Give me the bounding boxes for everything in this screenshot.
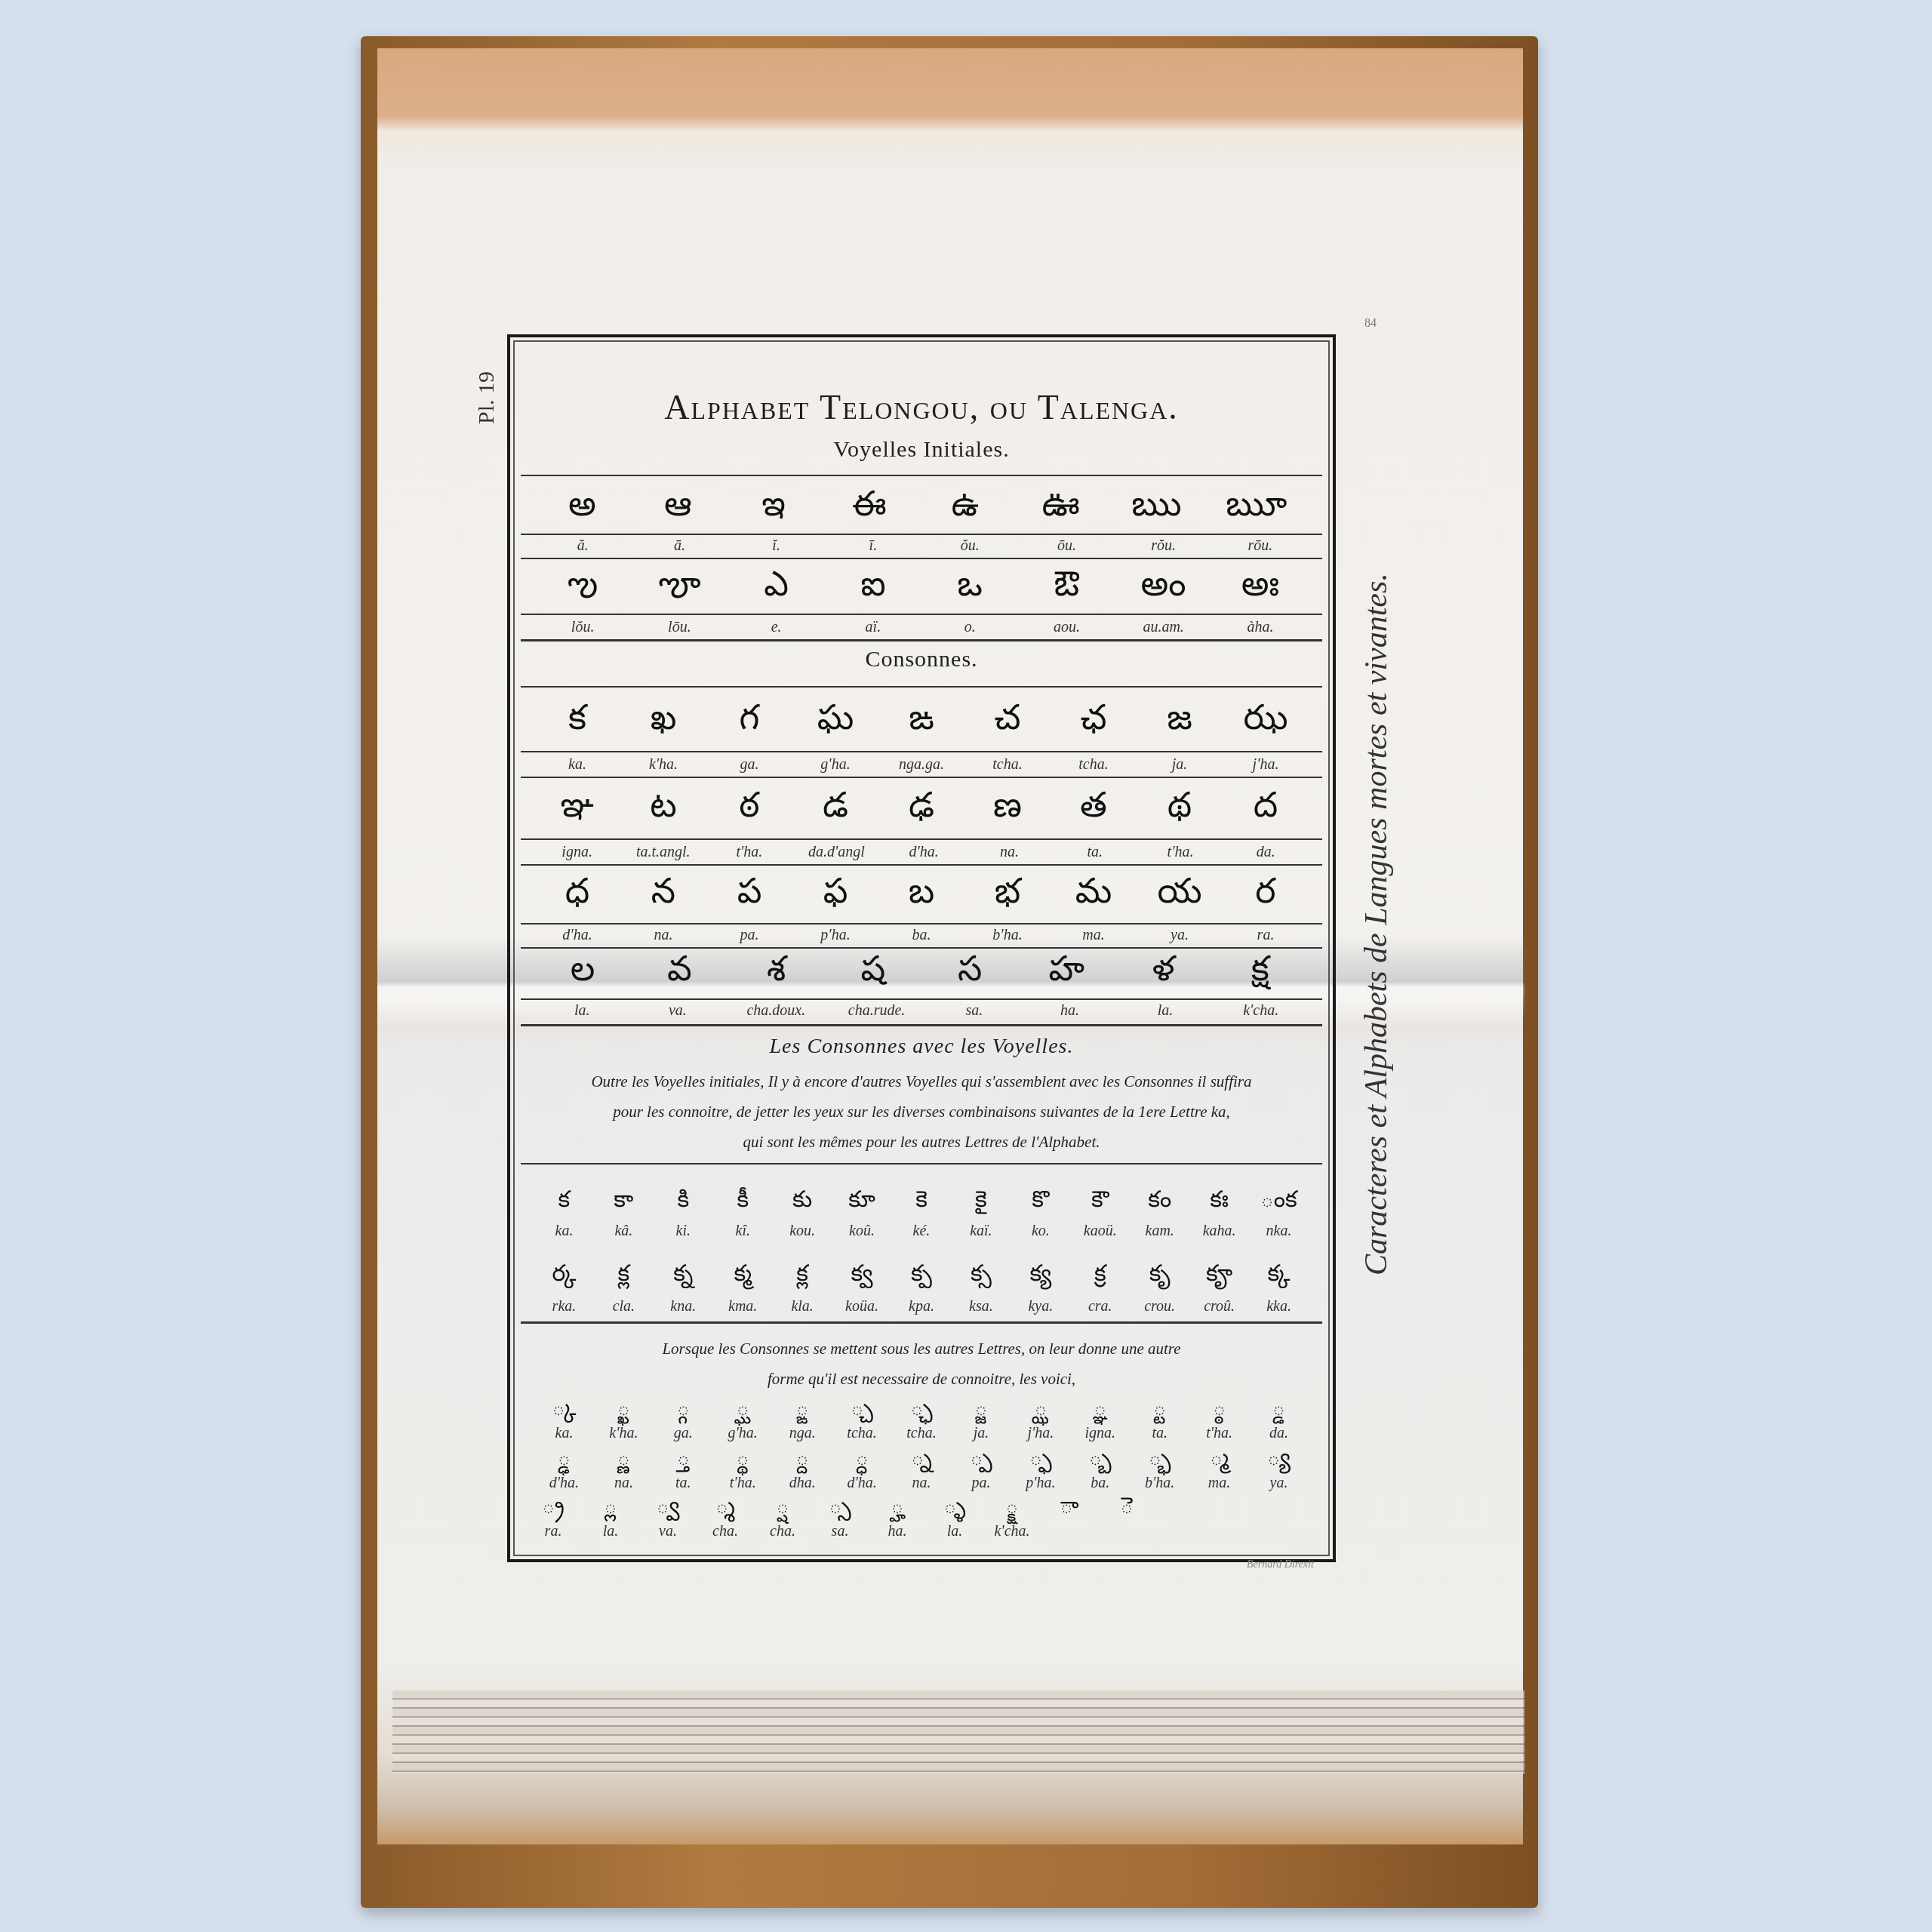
divider xyxy=(521,1163,1322,1164)
engraved-plate: Alphabet Telongou, ou Talenga. Voyelles … xyxy=(507,334,1336,1562)
letter-glyph: స xyxy=(943,948,996,998)
letter-glyph: ్జ xyxy=(962,1395,1000,1426)
letter-glyph: త xyxy=(1067,784,1120,834)
letter-glyph: ర్క xyxy=(545,1260,583,1292)
transliteration-label: va. xyxy=(649,1523,687,1540)
subjoined-paragraph: Lorsque les Consonnes se mettent sous le… xyxy=(536,1334,1307,1394)
letter-glyph: కె xyxy=(903,1186,940,1218)
letter-glyph: ౡ xyxy=(653,563,706,613)
letter-glyph: ్స xyxy=(821,1493,859,1524)
transliteration-label: kka. xyxy=(1260,1298,1298,1315)
letter-glyph: ఔ xyxy=(1040,563,1093,613)
transliteration-label: k'ha. xyxy=(605,1425,642,1442)
transliteration-label: àha. xyxy=(1234,619,1287,636)
letter-glyph: ఫ xyxy=(809,870,862,920)
letter-glyph: ్ఛ xyxy=(903,1395,940,1426)
divider xyxy=(521,947,1322,949)
transliteration-label: ka. xyxy=(551,756,604,774)
divider xyxy=(521,751,1322,752)
letter-glyph: ల xyxy=(556,948,609,998)
letter-glyph: ఙ xyxy=(895,697,948,746)
letter-glyph: కౌ xyxy=(1081,1186,1119,1218)
transliteration-label: ĭ. xyxy=(750,537,803,555)
transliteration-label: ma. xyxy=(1067,927,1120,944)
transliteration-label: ă. xyxy=(556,537,609,555)
transliteration-label: ba. xyxy=(895,927,948,944)
transliteration-label: k'ha. xyxy=(637,756,690,774)
letter-glyph: అం xyxy=(1137,563,1190,613)
transliteration-label: nga. xyxy=(783,1425,821,1442)
combination-label-row-2: rka.cla.kna.kma.kla.koüa.kpa.ksa.kya.cra… xyxy=(534,1296,1309,1317)
letter-glyph: వ xyxy=(653,948,706,998)
letter-glyph: ్ఖ xyxy=(605,1395,642,1426)
transliteration-label: b'ha. xyxy=(981,927,1034,944)
transliteration-label: aï. xyxy=(847,619,900,636)
transliteration-label: t'ha. xyxy=(1154,844,1207,861)
letter-glyph: ఋ xyxy=(1130,483,1183,533)
transliteration-label: dha. xyxy=(783,1475,821,1492)
letter-glyph: ఉ xyxy=(939,483,992,533)
letter-glyph: భ xyxy=(981,870,1034,920)
transliteration-label: ta. xyxy=(1141,1425,1179,1442)
transliteration-label: la. xyxy=(592,1523,629,1540)
transliteration-label: na. xyxy=(903,1475,940,1492)
transliteration-label: kou. xyxy=(783,1223,821,1240)
letter-glyph: ఌ xyxy=(556,563,609,613)
transliteration-label: ba. xyxy=(1081,1475,1119,1492)
letter-glyph: బ xyxy=(895,870,948,920)
transliteration-label: p'ha. xyxy=(1022,1475,1060,1492)
letter-glyph: ్బ xyxy=(1081,1444,1119,1476)
letter-glyph: ్ళ xyxy=(936,1493,974,1524)
letter-glyph: క్య xyxy=(1022,1260,1060,1292)
transliteration-label: la. xyxy=(1139,1002,1192,1020)
transliteration-label: tcha. xyxy=(981,756,1034,774)
letter-glyph: ా xyxy=(1051,1493,1088,1524)
letter-glyph: క్క xyxy=(1260,1260,1298,1292)
divider xyxy=(521,864,1322,866)
transliteration-label: nga.ga. xyxy=(895,756,948,774)
combination-glyph-row-1: కకాకికీకుకూకెకైకొకౌకంకఃంక xyxy=(534,1184,1309,1220)
transliteration-label: rŏu. xyxy=(1137,537,1190,555)
transliteration-label: la. xyxy=(555,1002,608,1020)
consonant-label-row-4: la.va.cha.doux.cha.rude.sa.ha.la.k'cha. xyxy=(534,1000,1309,1021)
letter-glyph: ఖ xyxy=(637,697,690,746)
consonant-label-row-1: ka.k'ha.ga.g'ha.nga.ga.tcha.tcha.ja.j'ha… xyxy=(534,754,1309,775)
letter-glyph: ్ష xyxy=(764,1493,801,1524)
transliteration-label: ka. xyxy=(545,1223,583,1240)
subjoined-label-row-1: ka.k'ha.ga.g'ha.nga.tcha.tcha.ja.j'ha.ig… xyxy=(534,1423,1309,1444)
transliteration-label: au.am. xyxy=(1137,619,1190,636)
divider xyxy=(521,838,1322,840)
transliteration-label: ha. xyxy=(1043,1002,1096,1020)
combination-glyph-row-2: ర్కక్లక్నక్మక్లక్వక్పక్సక్యక్రకృకౄక్క xyxy=(534,1254,1309,1299)
letter-glyph: ్య xyxy=(1260,1444,1298,1476)
letter-glyph: ్ఞ xyxy=(1081,1395,1119,1426)
transliteration-label: croû. xyxy=(1201,1298,1238,1315)
letter-glyph: క్ప xyxy=(903,1260,940,1292)
vowels-heading: Voyelles Initiales. xyxy=(521,437,1322,463)
letter-glyph: ణ xyxy=(981,784,1034,834)
combination-label-row-1: ka.kâ.ki.kî.kou.koû.ké.kaï.ko.kaoü.kam.k… xyxy=(534,1220,1309,1241)
transliteration-label: kâ. xyxy=(605,1223,642,1240)
transliteration-label: va. xyxy=(651,1002,704,1020)
consonant-glyph-row-3: ధనపఫబభమయర xyxy=(534,869,1309,921)
divider xyxy=(521,1321,1322,1324)
transliteration-label: j'ha. xyxy=(1022,1425,1060,1442)
transliteration-label: ya. xyxy=(1260,1475,1298,1492)
transliteration-label: kna. xyxy=(664,1298,702,1315)
letter-glyph: న xyxy=(637,870,690,920)
letter-glyph: క్న xyxy=(664,1260,702,1292)
letter-glyph: ్ఫ xyxy=(1022,1444,1060,1476)
transliteration-label: na. xyxy=(605,1475,642,1492)
consonant-label-row-2: igna.ta.t.angl.t'ha.da.d'angld'ha.na.ta.… xyxy=(534,841,1309,863)
side-caption: Caracteres et Alphabets de Langues morte… xyxy=(1358,573,1395,1275)
letter-glyph: ్ఙ xyxy=(783,1395,821,1426)
transliteration-label: kma. xyxy=(724,1298,761,1315)
transliteration-label: pa. xyxy=(723,927,776,944)
engraver-signature: Bernard Direxit xyxy=(1247,1559,1314,1571)
transliteration-label: koüa. xyxy=(843,1298,881,1315)
letter-glyph: ద xyxy=(1239,784,1292,834)
letter-glyph: ్ర xyxy=(534,1493,572,1524)
transliteration-label: ma. xyxy=(1201,1475,1238,1492)
transliteration-label: g'ha. xyxy=(809,756,862,774)
letter-glyph: ్హ xyxy=(878,1493,916,1524)
letter-glyph: ర xyxy=(1239,870,1292,920)
transliteration-label: k'cha. xyxy=(1235,1002,1287,1020)
letter-glyph: ్గ xyxy=(664,1395,702,1426)
vowel-glyph-row-1: అఆఇఈఉఊఋౠ xyxy=(534,484,1309,532)
divider xyxy=(521,777,1322,778)
letter-glyph: క్ల xyxy=(605,1260,642,1292)
transliteration-label: d'ha. xyxy=(545,1475,583,1492)
transliteration-label: ra. xyxy=(1239,927,1292,944)
transliteration-label: kaï. xyxy=(962,1223,1000,1240)
transliteration-label: cha.rude. xyxy=(848,1002,906,1020)
letter-glyph: క్ర xyxy=(1081,1260,1119,1292)
transliteration-label: ta. xyxy=(1069,844,1121,861)
divider xyxy=(521,1024,1322,1026)
transliteration-label: sa. xyxy=(948,1002,1001,1020)
transliteration-label: ksa. xyxy=(962,1298,1000,1315)
transliteration-label: tcha. xyxy=(843,1425,881,1442)
letter-glyph: ్ల xyxy=(592,1493,629,1524)
plate-title: Alphabet Telongou, ou Talenga. xyxy=(521,387,1322,427)
letter-glyph: ఝ xyxy=(1239,697,1292,746)
transliteration-label: na. xyxy=(637,927,690,944)
letter-glyph: కూ xyxy=(843,1186,881,1218)
plate-number: Pl. 19 xyxy=(474,371,500,424)
transliteration-label: ī. xyxy=(847,537,900,555)
transliteration-label: cha.doux. xyxy=(746,1002,805,1020)
letter-glyph: ఈ xyxy=(843,483,896,533)
transliteration-label: ta. xyxy=(664,1475,702,1492)
letter-glyph: ్ప xyxy=(962,1444,1000,1476)
transliteration-label: ké. xyxy=(903,1223,940,1240)
letter-glyph: ్డ xyxy=(1260,1395,1298,1426)
letter-glyph: క్స xyxy=(962,1260,1000,1292)
transliteration-label: aou. xyxy=(1040,619,1093,636)
transliteration-label: igna. xyxy=(1081,1425,1119,1442)
letter-glyph: ్క్ష xyxy=(993,1493,1031,1524)
combinations-paragraph: Outre les Voyelles initiales, Il y à enc… xyxy=(536,1066,1307,1157)
letter-glyph: ్న xyxy=(903,1444,940,1476)
combinations-line-1: Outre les Voyelles initiales, Il y à enc… xyxy=(536,1066,1307,1097)
transliteration-label: ka. xyxy=(545,1425,583,1442)
divider xyxy=(521,614,1322,615)
transliteration-label: d'ha. xyxy=(897,844,950,861)
letter-glyph: ్వ xyxy=(649,1493,687,1524)
subjoined-label-row-2: d'ha.na.ta.t'ha.dha.d'ha.na.pa.p'ha.ba.b… xyxy=(534,1472,1309,1494)
letter-glyph: కై xyxy=(962,1186,1000,1218)
letter-glyph: కొ xyxy=(1022,1186,1060,1218)
letter-glyph: ఠ xyxy=(723,784,776,834)
transliteration-label: ōu. xyxy=(1040,537,1093,555)
transliteration-label: da.d'angl xyxy=(808,844,865,861)
divider xyxy=(521,475,1322,476)
transliteration-label: nka. xyxy=(1260,1223,1298,1240)
letter-glyph: కా xyxy=(605,1186,642,1218)
vowel-glyph-row-2: ఌౡఎఐఒఔఅంఅః xyxy=(534,564,1309,612)
subjoined-line-2: forme qu'il est necessaire de connoitre,… xyxy=(536,1364,1307,1394)
letter-glyph: కః xyxy=(1201,1186,1238,1218)
transliteration-label: da. xyxy=(1260,1425,1298,1442)
letter-glyph: ౠ xyxy=(1226,483,1287,533)
transliteration-label: crou. xyxy=(1141,1298,1179,1315)
subjoined-label-row-3: ra.la.va.cha.cha.sa.ha.la.k'cha. xyxy=(534,1521,1309,1542)
transliteration-label: rōu. xyxy=(1234,537,1287,555)
transliteration-label: d'ha. xyxy=(551,927,604,944)
subjoined-glyph-row-2: ్ఢ్ణ్త్థ్ద్ధ్న్ప్ఫ్బ్భ్మ్య xyxy=(534,1447,1309,1474)
transliteration-label: k'cha. xyxy=(993,1523,1031,1540)
letter-glyph: క్వ xyxy=(843,1260,881,1292)
letter-glyph: ్ఢ xyxy=(545,1444,583,1476)
transliteration-label: e. xyxy=(750,619,803,636)
letter-glyph: ళ xyxy=(1137,948,1190,998)
letter-glyph: శ xyxy=(750,948,803,998)
transliteration-label: kya. xyxy=(1022,1298,1060,1315)
letter-glyph: చ xyxy=(981,697,1034,746)
transliteration-label: kî. xyxy=(724,1223,761,1240)
letter-glyph: అ xyxy=(555,483,608,533)
letter-glyph: ్థ xyxy=(724,1444,761,1476)
consonant-glyph-row-1: కఖగఘఙచఛజఝ xyxy=(534,695,1309,748)
transliteration-label: lŏu. xyxy=(556,619,609,636)
letter-glyph: ్ట xyxy=(1141,1395,1179,1426)
transliteration-label: kaha. xyxy=(1201,1223,1238,1240)
transliteration-label: tcha. xyxy=(903,1425,940,1442)
transliteration-label: rka. xyxy=(545,1298,583,1315)
transliteration-label: na. xyxy=(983,844,1035,861)
letter-glyph: ్చ xyxy=(843,1395,881,1426)
letter-glyph: ధ xyxy=(551,870,604,920)
transliteration-label: cra. xyxy=(1081,1298,1119,1315)
transliteration-label: ta.t.angl. xyxy=(636,844,691,861)
divider xyxy=(521,639,1322,641)
letter-glyph: ్భ xyxy=(1141,1444,1179,1476)
letter-glyph: ఊ xyxy=(1035,483,1088,533)
letter-glyph: య xyxy=(1153,870,1206,920)
combinations-line-2: pour les connoitre, de jetter les yeux s… xyxy=(536,1097,1307,1127)
subjoined-glyph-row-1: ్క్ఖ్గ్ఘ్ఙ్చ్ఛ్జ్ఝ్ఞ్ట్ఠ్డ xyxy=(534,1397,1309,1424)
transliteration-label: b'ha. xyxy=(1141,1475,1179,1492)
transliteration-label: da. xyxy=(1239,844,1292,861)
transliteration-label: cha. xyxy=(764,1523,801,1540)
transliteration-label: ga. xyxy=(723,756,776,774)
letter-glyph: ంక xyxy=(1260,1186,1298,1218)
transliteration-label: j'ha. xyxy=(1239,756,1292,774)
transliteration-label: o. xyxy=(943,619,996,636)
letter-glyph: కి xyxy=(664,1186,702,1218)
letter-glyph: క్ల xyxy=(783,1260,821,1292)
transliteration-label: t'ha. xyxy=(1201,1425,1238,1442)
letter-glyph: ్ద xyxy=(783,1444,821,1476)
consonant-glyph-row-2: ఞటఠడఢణతథద xyxy=(534,783,1309,835)
letter-glyph: ్త xyxy=(664,1444,702,1476)
page-number: 84 xyxy=(1364,317,1377,331)
transliteration-label: ja. xyxy=(962,1425,1000,1442)
transliteration-label: la. xyxy=(936,1523,974,1540)
letter-glyph: కృ xyxy=(1141,1260,1179,1292)
letter-glyph: ఢ xyxy=(895,784,948,834)
transliteration-label: t'ha. xyxy=(723,844,776,861)
transliteration-label: ya. xyxy=(1153,927,1206,944)
transliteration-label: cha. xyxy=(706,1523,744,1540)
transliteration-label: koû. xyxy=(843,1223,881,1240)
transliteration-label: ra. xyxy=(534,1523,572,1540)
subjoined-glyph-row-3: ్ర్ల్వ్శ్ష్స్హ్ళ్క్షాె xyxy=(534,1495,1309,1522)
transliteration-label: kam. xyxy=(1141,1223,1179,1240)
letter-glyph: క్ష xyxy=(1234,948,1287,998)
letter-glyph: క్మ xyxy=(724,1260,761,1292)
letter-glyph: ఎ xyxy=(750,563,803,613)
vowel-label-row-1: ă.ā.ĭ.ī.ŏu.ōu.rŏu.rōu. xyxy=(534,535,1309,556)
letter-glyph: థ xyxy=(1153,784,1206,834)
letter-glyph: ఐ xyxy=(847,563,900,613)
transliteration-label: lōu. xyxy=(653,619,706,636)
letter-glyph: కౄ xyxy=(1201,1260,1238,1292)
subjoined-line-1: Lorsque les Consonnes se mettent sous le… xyxy=(536,1334,1307,1364)
page-edges xyxy=(392,1690,1524,1774)
consonant-label-row-3: d'ha.na.pa.p'ha.ba.b'ha.ma.ya.ra. xyxy=(534,924,1309,946)
letter-glyph: ్ఠ xyxy=(1201,1395,1238,1426)
combinations-line-3: qui sont les mêmes pour les autres Lettr… xyxy=(536,1127,1307,1157)
transliteration-label: sa. xyxy=(821,1523,859,1540)
transliteration-label: ga. xyxy=(664,1425,702,1442)
letter-glyph: జ xyxy=(1153,697,1206,746)
divider xyxy=(521,558,1322,559)
letter-glyph: ఘ xyxy=(809,697,862,746)
letter-glyph: ్క xyxy=(545,1395,583,1426)
letter-glyph: ్ఝ xyxy=(1022,1395,1060,1426)
transliteration-label: kpa. xyxy=(903,1298,940,1315)
transliteration-label: kaoü. xyxy=(1081,1223,1119,1240)
letter-glyph: ట xyxy=(637,784,690,834)
letter-glyph: ్ఘ xyxy=(724,1395,761,1426)
transliteration-label: ha. xyxy=(878,1523,916,1540)
letter-glyph: కు xyxy=(783,1186,821,1218)
transliteration-label: ā. xyxy=(653,537,706,555)
letter-glyph: మ xyxy=(1067,870,1120,920)
letter-glyph: ఆ xyxy=(651,483,704,533)
letter-glyph: ఒ xyxy=(943,563,996,613)
transliteration-label: cla. xyxy=(605,1298,642,1315)
letter-glyph: హ xyxy=(1040,948,1093,998)
transliteration-label: pa. xyxy=(962,1475,1000,1492)
letter-glyph: క xyxy=(545,1186,583,1218)
consonant-glyph-row-4: లవశషసహళక్ష xyxy=(534,950,1309,995)
letter-glyph: ్మ xyxy=(1201,1444,1238,1476)
letter-glyph: ్ధ xyxy=(843,1444,881,1476)
transliteration-label: ja. xyxy=(1153,756,1206,774)
letter-glyph: ఛ xyxy=(1067,697,1120,746)
transliteration-label: kla. xyxy=(783,1298,821,1315)
vowel-label-row-2: lŏu.lōu.e.aï.o.aou.au.am.àha. xyxy=(534,617,1309,638)
letter-glyph: ప xyxy=(723,870,776,920)
letter-glyph: ష xyxy=(847,948,900,998)
transliteration-label: g'ha. xyxy=(724,1425,761,1442)
transliteration-label: ŏu. xyxy=(943,537,996,555)
transliteration-label: t'ha. xyxy=(724,1475,761,1492)
combinations-heading: Les Consonnes avec les Voyelles. xyxy=(521,1035,1322,1059)
letter-glyph: కం xyxy=(1141,1186,1179,1218)
transliteration-label: d'ha. xyxy=(843,1475,881,1492)
letter-glyph: ఞ xyxy=(551,784,604,834)
letter-glyph: గ xyxy=(723,697,776,746)
transliteration-label: ki. xyxy=(664,1223,702,1240)
divider xyxy=(521,686,1322,688)
transliteration-label: p'ha. xyxy=(809,927,862,944)
letter-glyph: ఇ xyxy=(747,483,800,533)
transliteration-label: igna. xyxy=(551,844,604,861)
letter-glyph: ె xyxy=(1108,1493,1146,1524)
letter-glyph: ్ణ xyxy=(605,1444,642,1476)
letter-glyph: క xyxy=(551,697,604,746)
letter-glyph: డ xyxy=(809,784,862,834)
letter-glyph: అః xyxy=(1234,563,1287,613)
transliteration-label: tcha. xyxy=(1067,756,1120,774)
transliteration-label: ko. xyxy=(1022,1223,1060,1240)
letter-glyph: కీ xyxy=(724,1186,761,1218)
letter-glyph: ్శ xyxy=(706,1493,744,1524)
consonants-heading: Consonnes. xyxy=(521,647,1322,672)
